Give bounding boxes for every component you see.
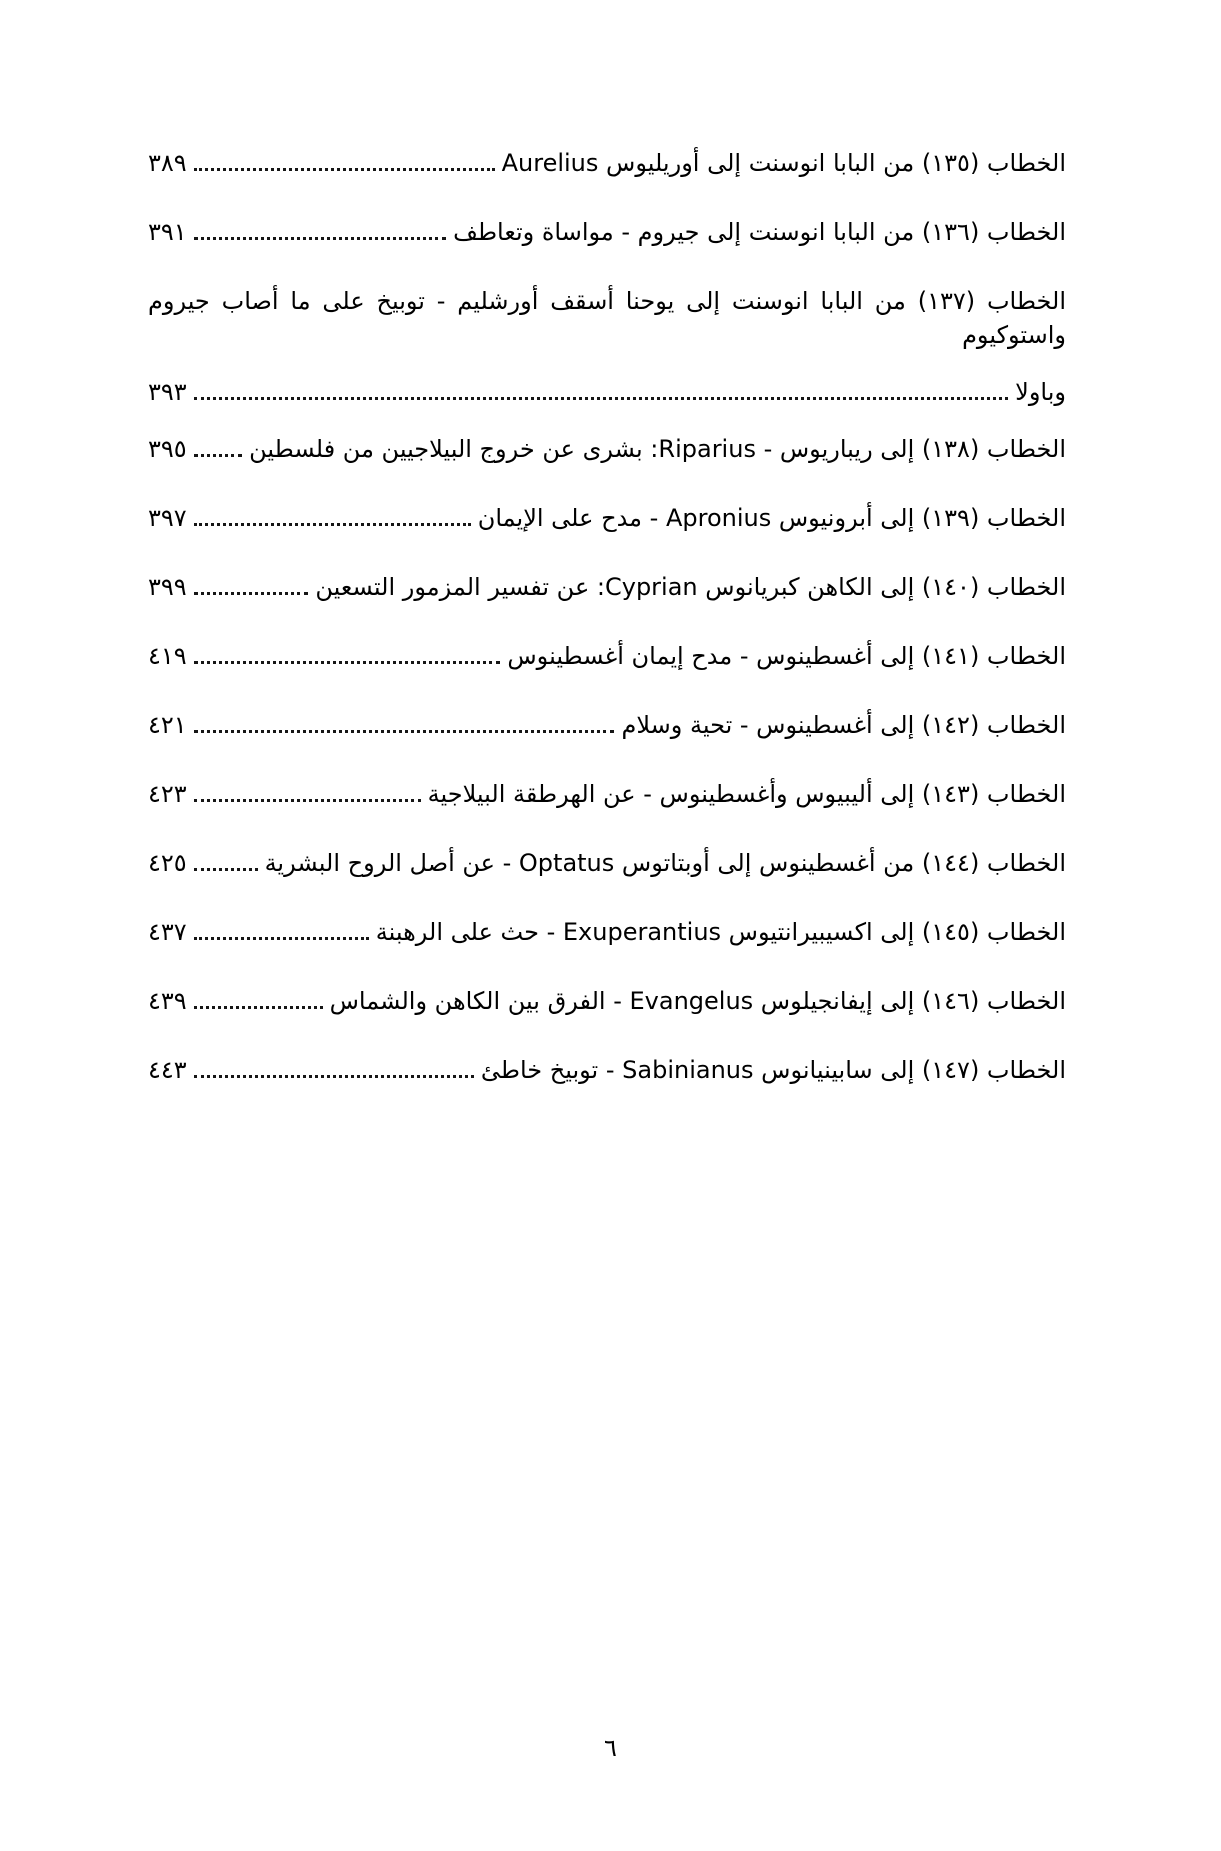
toc-entry: الخطاب (١٤٤) من أغسطينوس إلى أوبتاتوس Op… <box>148 846 1066 880</box>
dot-leader <box>194 237 446 240</box>
dot-leader <box>194 168 495 171</box>
toc-entry: الخطاب (١٣٨) إلى ريباريوس - Riparius: بش… <box>148 432 1066 466</box>
entry-page-number: ٣٩٩ <box>148 570 187 604</box>
entry-title: الخطاب (١٤٥) إلى اكسيبيرانتيوس Exuperant… <box>376 915 1066 949</box>
entry-title: الخطاب (١٣٩) إلى أبرونيوس Apronius - مدح… <box>478 501 1066 535</box>
entry-title: الخطاب (١٣٥) من البابا انوسنت إلى أوريلي… <box>502 146 1066 180</box>
toc-entry: الخطاب (١٤٧) إلى سابينيانوس Sabinianus -… <box>148 1053 1066 1087</box>
document-page: الخطاب (١٣٥) من البابا انوسنت إلى أوريلي… <box>0 0 1221 1851</box>
entry-page-number: ٣٩٥ <box>148 432 187 466</box>
toc-entry: الخطاب (١٣٩) إلى أبرونيوس Apronius - مدح… <box>148 501 1066 535</box>
toc-entry: الخطاب (١٣٧) من البابا انوسنت إلى يوحنا … <box>148 284 1066 352</box>
dot-leader <box>194 868 258 871</box>
dot-leader <box>194 592 309 595</box>
entry-title: الخطاب (١٣٦) من البابا انوسنت إلى جيروم … <box>453 215 1066 249</box>
entry-title: الخطاب (١٣٧) من البابا انوسنت إلى يوحنا … <box>148 287 1066 349</box>
toc-entry: الخطاب (١٣٦) من البابا انوسنت إلى جيروم … <box>148 215 1066 249</box>
toc-entry: الخطاب (١٤٢) إلى أغسطينوس - تحية وسلام٤٢… <box>148 708 1066 742</box>
toc-list: الخطاب (١٣٥) من البابا انوسنت إلى أوريلي… <box>148 146 1066 1122</box>
dot-leader <box>194 397 1008 400</box>
toc-entry: الخطاب (١٤٦) إلى إيفانجيلوس Evangelus - … <box>148 984 1066 1018</box>
dot-leader <box>194 937 369 940</box>
entry-page-number: ٣٨٩ <box>148 146 187 180</box>
entry-title: الخطاب (١٤٤) من أغسطينوس إلى أوبتاتوس Op… <box>265 846 1066 880</box>
entry-title: وباولا <box>1015 375 1066 409</box>
toc-entry: الخطاب (١٤٠) إلى الكاهن كبريانوس Cyprian… <box>148 570 1066 604</box>
entry-page-number: ٤٣٧ <box>148 915 187 949</box>
entry-title: الخطاب (١٤٣) إلى أليبيوس وأغسطينوس - عن … <box>428 777 1066 811</box>
toc-entry: الخطاب (١٤٥) إلى اكسيبيرانتيوس Exuperant… <box>148 915 1066 949</box>
entry-page-number: ٤٣٩ <box>148 984 187 1018</box>
entry-page-number: ٤٢١ <box>148 708 187 742</box>
entry-page-number: ٤٢٣ <box>148 777 187 811</box>
entry-title: الخطاب (١٤٢) إلى أغسطينوس - تحية وسلام <box>621 708 1066 742</box>
dot-leader <box>194 1006 323 1009</box>
dot-leader <box>194 730 615 733</box>
dot-leader <box>194 523 471 526</box>
entry-title: الخطاب (١٤٦) إلى إيفانجيلوس Evangelus - … <box>330 984 1066 1018</box>
entry-title: الخطاب (١٤٠) إلى الكاهن كبريانوس Cyprian… <box>315 570 1066 604</box>
toc-entry: الخطاب (١٤٣) إلى أليبيوس وأغسطينوس - عن … <box>148 777 1066 811</box>
entry-title: الخطاب (١٣٨) إلى ريباريوس - Riparius: بش… <box>249 432 1066 466</box>
entry-page-number: ٣٩١ <box>148 215 187 249</box>
entry-page-number: ٤٤٣ <box>148 1053 187 1087</box>
entry-page-number: ٤١٩ <box>148 639 187 673</box>
entry-page-number: ٣٩٧ <box>148 501 187 535</box>
dot-leader <box>194 661 501 664</box>
toc-entry: الخطاب (١٤١) إلى أغسطينوس - مدح إيمان أغ… <box>148 639 1066 673</box>
entry-page-number: ٣٩٣ <box>148 375 187 409</box>
dot-leader <box>194 454 242 457</box>
entry-page-number: ٤٢٥ <box>148 846 187 880</box>
page-number: ٦ <box>0 1734 1221 1762</box>
toc-entry: وباولا٣٩٣ <box>148 375 1066 409</box>
toc-entry: الخطاب (١٣٥) من البابا انوسنت إلى أوريلي… <box>148 146 1066 180</box>
entry-title: الخطاب (١٤٧) إلى سابينيانوس Sabinianus -… <box>481 1053 1066 1087</box>
entry-title: الخطاب (١٤١) إلى أغسطينوس - مدح إيمان أغ… <box>507 639 1066 673</box>
dot-leader <box>194 1075 474 1078</box>
dot-leader <box>194 799 421 802</box>
